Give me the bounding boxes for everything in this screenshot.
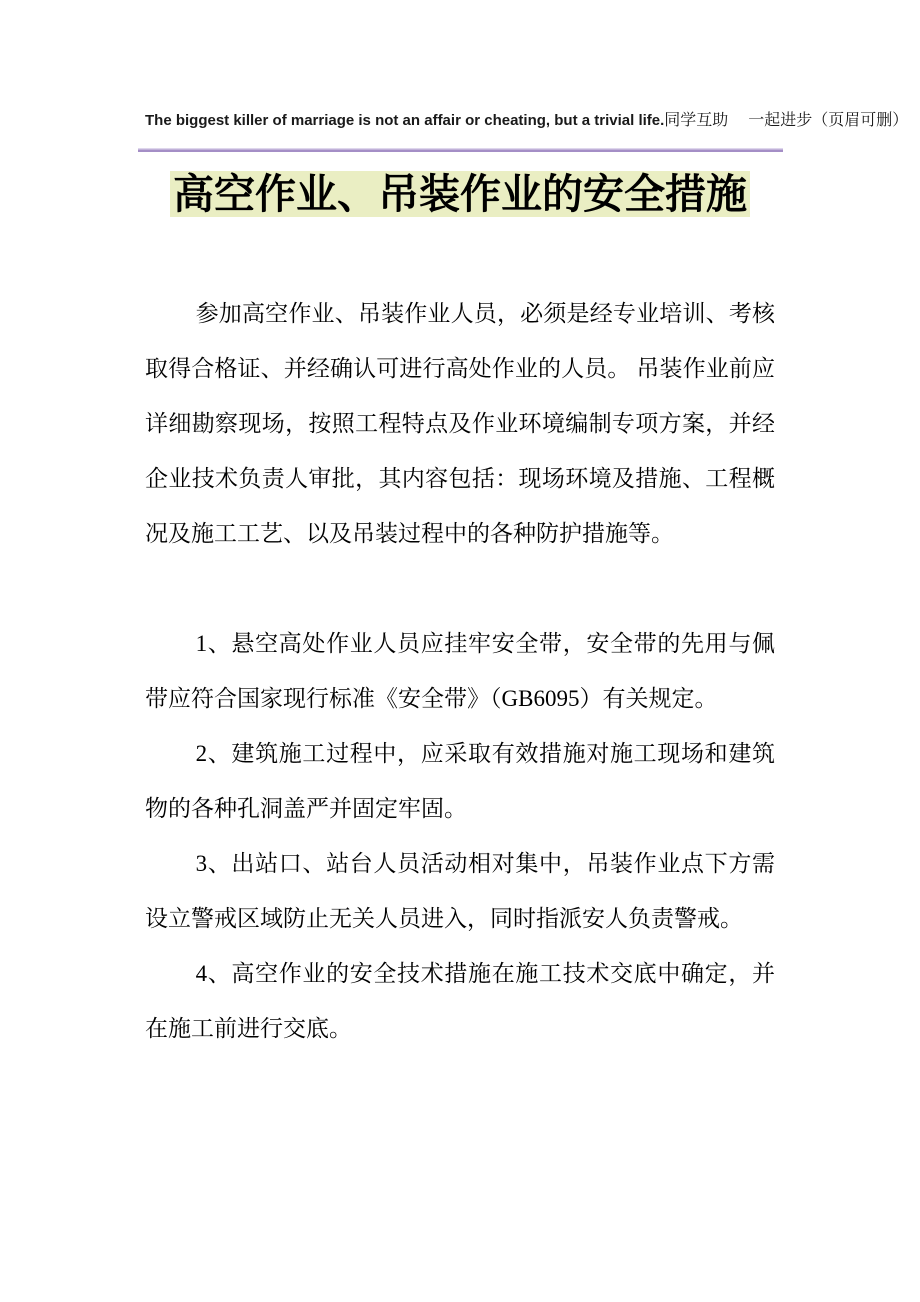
blank-line xyxy=(145,561,775,616)
header-text-chinese: 同学互助 一起进步（页眉可删） xyxy=(664,112,908,129)
document-title: 高空作业、吊装作业的安全措施 xyxy=(0,168,920,220)
document-page: The biggest killer of marriage is not an… xyxy=(0,0,920,1302)
list-item-3: 3、出站口、站台人员活动相对集中，吊装作业点下方需设立警戒区域防止无关人员进入，… xyxy=(145,836,775,946)
list-item-1: 1、悬空高处作业人员应挂牢安全带，安全带的先用与佩带应符合国家现行标准《安全带》… xyxy=(145,616,775,726)
intro-paragraph: 参加高空作业、吊装作业人员，必须是经专业培训、考核取得合格证、并经确认可进行高处… xyxy=(145,286,775,561)
header-text-english: The biggest killer of marriage is not an… xyxy=(145,112,664,129)
header-rule xyxy=(138,148,783,152)
document-body: 参加高空作业、吊装作业人员，必须是经专业培训、考核取得合格证、并经确认可进行高处… xyxy=(145,286,775,1056)
page-header: The biggest killer of marriage is not an… xyxy=(145,108,775,134)
list-item-2: 2、建筑施工过程中，应采取有效措施对施工现场和建筑物的各种孔洞盖严并固定牢固。 xyxy=(145,726,775,836)
title-highlight: 高空作业、吊装作业的安全措施 xyxy=(170,171,750,217)
list-item-4: 4、高空作业的安全技术措施在施工技术交底中确定，并在施工前进行交底。 xyxy=(145,946,775,1056)
